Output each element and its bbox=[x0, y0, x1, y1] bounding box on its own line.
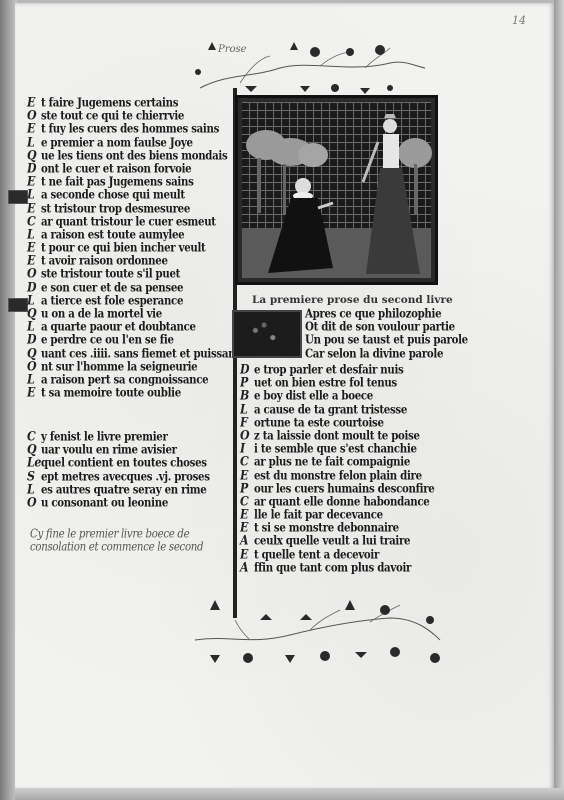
prose-line: Car selon la divine parole bbox=[305, 347, 465, 362]
verse-line: Ou consonant ou leonine bbox=[27, 495, 227, 510]
header-rubric: Prose bbox=[218, 44, 247, 55]
explicit-rubric: Cy fine le premier livre boece de consol… bbox=[30, 528, 230, 554]
folio-number: 14 bbox=[512, 14, 526, 27]
paragraph-marker-icon bbox=[8, 298, 28, 312]
closing-verse-block: Cy fenist le livre premier Quar voulu en… bbox=[27, 430, 227, 509]
miniature-painting bbox=[235, 95, 438, 285]
prose-line: Affin que tant com plus davoir bbox=[240, 560, 460, 575]
tree-trunk bbox=[258, 158, 261, 213]
paragraph-marker-icon bbox=[8, 190, 28, 204]
left-text-column: Et faire Jugemens certains Oste tout ce … bbox=[27, 96, 227, 399]
vine-border-icon bbox=[190, 590, 450, 670]
page-edge-right bbox=[554, 0, 564, 800]
explicit-line: consolation et commence le second bbox=[30, 540, 230, 555]
right-text-column-top: Apres ce que philozophie Ot dit de son v… bbox=[305, 308, 465, 361]
right-text-column: De trop parler et desfair nuis Puet on b… bbox=[240, 363, 460, 574]
verse-line: Et sa memoire toute oublie bbox=[27, 385, 227, 400]
kneeling-figure-icon bbox=[263, 168, 363, 278]
prose-rubric: La premiere prose du second livre bbox=[252, 294, 453, 306]
manuscript-scan: 14 Prose Et faire Jugemens certains Oste… bbox=[0, 0, 564, 800]
page-edge-bottom bbox=[15, 788, 564, 800]
tree-icon bbox=[298, 143, 328, 167]
lady-philosophy-icon bbox=[358, 112, 428, 282]
decorated-initial-l bbox=[232, 310, 302, 358]
